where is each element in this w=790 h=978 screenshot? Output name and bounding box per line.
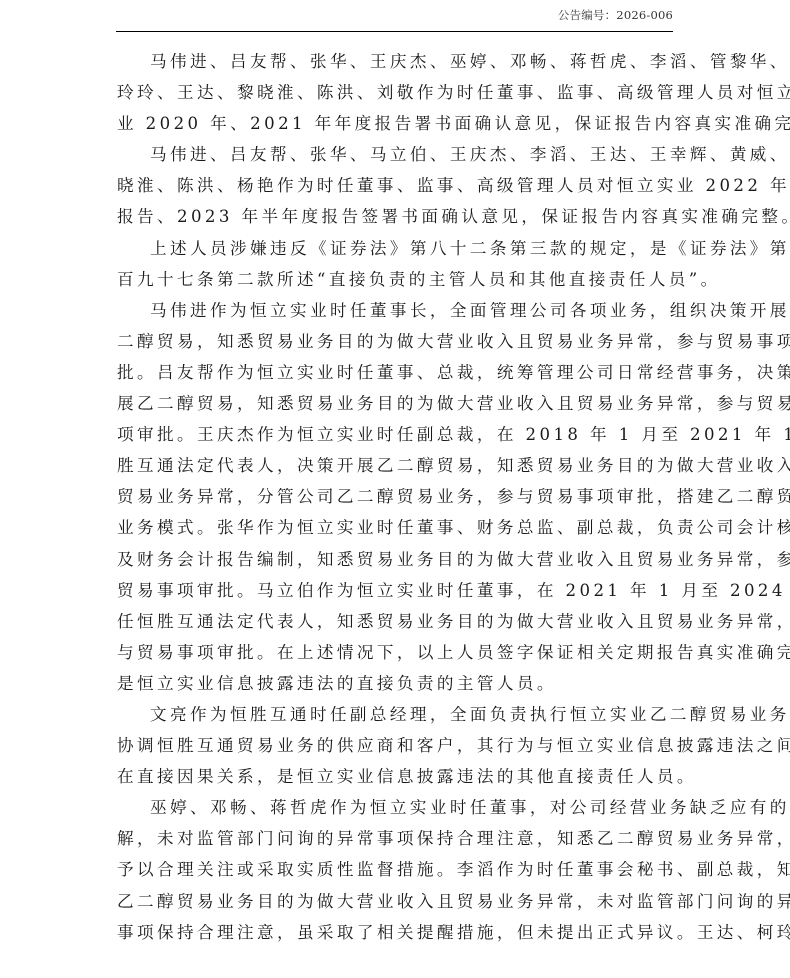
page-header: 公告编号：2026-006 [116,0,673,32]
paragraph-responsible-executives: 马伟进作为恒立实业时任董事长，全面管理公司各项业务，组织决策开展乙 二醇贸易，知… [117,295,673,699]
text-line: 协调恒胜互通贸易业务的供应商和客户，其行为与恒立实业信息披露违法之间存 [117,730,673,761]
text-line: 贸易业务异常，分管公司乙二醇贸易业务，参与贸易事项审批，搭建乙二醇贸易 [117,481,673,512]
text-line: 事项保持合理注意，虽采取了相关提醒措施，但未提出正式异议。王达、柯玲玲、 [117,917,673,948]
text-line: 马伟进、吕友帮、张华、王庆杰、巫婷、邓畅、蒋哲虎、李滔、管黎华、柯 [117,46,673,77]
paragraph-other-directors: 巫婷、邓畅、蒋哲虎作为恒立实业时任董事，对公司经营业务缺乏应有的了 解，未对监管… [117,792,673,947]
text-line: 胜互通法定代表人，决策开展乙二醇贸易，知悉贸易业务目的为做大营业收入且 [117,450,673,481]
text-line: 乙二醇贸易业务目的为做大营业收入且贸易业务异常，未对监管部门问询的异常 [117,886,673,917]
text-line: 与贸易事项审批。在上述情况下，以上人员签字保证相关定期报告真实准确完整， [117,637,673,668]
text-line: 文亮作为恒胜互通时任副总经理，全面负责执行恒立实业乙二醇贸易业务， [117,699,673,730]
text-line: 解，未对监管部门问询的异常事项保持合理注意，知悉乙二醇贸易业务异常，未 [117,823,673,854]
text-line: 上述人员涉嫌违反《证券法》第八十二条第三款的规定，是《证券法》第一 [117,233,673,264]
text-line: 在直接因果关系，是恒立实业信息披露违法的其他直接责任人员。 [117,761,673,792]
text-line: 晓淮、陈洪、杨艳作为时任董事、监事、高级管理人员对恒立实业 2022 年年度 [117,170,673,201]
text-line: 展乙二醇贸易，知悉贸易业务目的为做大营业收入且贸易业务异常，参与贸易事 [117,388,673,419]
text-line: 玲玲、王达、黎晓淮、陈洪、刘敬作为时任董事、监事、高级管理人员对恒立实 [117,77,673,108]
text-line: 马伟进作为恒立实业时任董事长，全面管理公司各项业务，组织决策开展乙 [117,295,673,326]
paragraph-2020-2021-signatories: 马伟进、吕友帮、张华、王庆杰、巫婷、邓畅、蒋哲虎、李滔、管黎华、柯 玲玲、王达、… [117,46,673,139]
text-line: 项审批。王庆杰作为恒立实业时任副总裁，在 2018 年 1 月至 2021 年 … [117,419,673,450]
paragraph-2022-2023-signatories: 马伟进、吕友帮、张华、马立伯、王庆杰、李滔、王达、王幸辉、黄威、黎 晓淮、陈洪、… [117,139,673,232]
paragraph-wen-liang: 文亮作为恒胜互通时任副总经理，全面负责执行恒立实业乙二醇贸易业务， 协调恒胜互通… [117,699,673,792]
document-body: 马伟进、吕友帮、张华、王庆杰、巫婷、邓畅、蒋哲虎、李滔、管黎华、柯 玲玲、王达、… [117,46,673,948]
text-line: 批。吕友帮作为恒立实业时任董事、总裁，统筹管理公司日常经营事务，决策开 [117,357,673,388]
paragraph-securities-law-violation: 上述人员涉嫌违反《证券法》第八十二条第三款的规定，是《证券法》第一 百九十七条第… [117,233,673,295]
text-line: 百九十七条第二款所述“直接负责的主管人员和其他直接责任人员”。 [117,264,673,295]
text-line: 予以合理关注或采取实质性监督措施。李滔作为时任董事会秘书、副总裁，知悉 [117,854,673,885]
text-line: 二醇贸易，知悉贸易业务目的为做大营业收入且贸易业务异常，参与贸易事项审 [117,326,673,357]
text-line: 报告、2023 年半年度报告签署书面确认意见，保证报告内容真实准确完整。 [117,201,673,232]
text-line: 任恒胜互通法定代表人，知悉贸易业务目的为做大营业收入且贸易业务异常，参 [117,606,673,637]
text-line: 巫婷、邓畅、蒋哲虎作为恒立实业时任董事，对公司经营业务缺乏应有的了 [117,792,673,823]
text-line: 业 2020 年、2021 年年度报告署书面确认意见，保证报告内容真实准确完整。 [117,108,673,139]
text-line: 业务模式。张华作为恒立实业时任董事、财务总监、副总裁，负责公司会计核算 [117,512,673,543]
announcement-number: 公告编号：2026-006 [558,7,673,23]
text-line: 贸易事项审批。马立伯作为恒立实业时任董事，在 2021 年 1 月至 2024 … [117,575,673,606]
text-line: 是恒立实业信息披露违法的直接负责的主管人员。 [117,668,673,699]
text-line: 马伟进、吕友帮、张华、马立伯、王庆杰、李滔、王达、王幸辉、黄威、黎 [117,139,673,170]
text-line: 及财务会计报告编制，知悉贸易业务目的为做大营业收入且贸易业务异常，参与 [117,544,673,575]
